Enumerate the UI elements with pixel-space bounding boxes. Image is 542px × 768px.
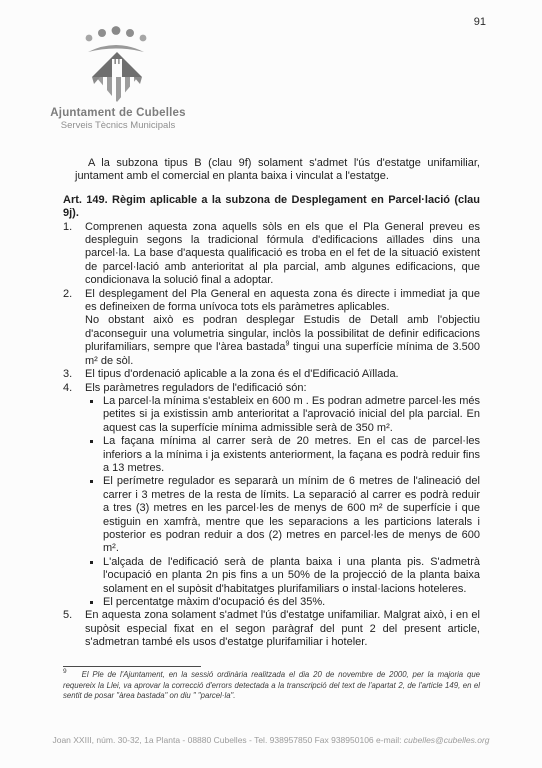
list-item-3: 3. El tipus d'ordenació aplicable a la z…	[63, 368, 480, 381]
bullet-text: El percentatge màxim d'ocupació és del 3…	[103, 596, 480, 609]
bullet-list: La parcel·la mínima s'estableix en 600 m…	[90, 395, 480, 610]
item-number: 4.	[63, 382, 85, 610]
item-number: 1.	[63, 221, 85, 288]
intro-paragraph: A la subzona tipus B (clau 9f) solament …	[75, 157, 480, 184]
footnote-divider	[63, 666, 201, 667]
bullet-text: L'alçada de l'edificació serà de planta …	[103, 556, 480, 596]
letterhead: Ajuntament de Cubelles Serveis Tècnics M…	[40, 26, 196, 131]
item-number: 3.	[63, 368, 85, 381]
item-subparagraph: No obstant això es podran desplegar Estu…	[85, 314, 480, 368]
list-item-1: 1. Comprenen aquesta zona aquells sòls e…	[63, 221, 480, 288]
list-item-4: 4. Els paràmetres reguladors de l'edific…	[63, 382, 480, 610]
bullet-item: El perímetre regulador es separarà un mí…	[90, 475, 480, 555]
list-item-2: 2. El desplegament del Pla General en aq…	[63, 288, 480, 368]
org-name: Ajuntament de Cubelles	[40, 107, 196, 119]
square-bullet-icon	[90, 556, 103, 596]
document-page: 91	[0, 0, 542, 768]
footnote-block: 9El Ple de l'Ajuntament, en la sessió or…	[63, 666, 480, 702]
item-text: El desplegament del Pla General en aques…	[85, 288, 480, 315]
item-number: 2.	[63, 288, 85, 368]
dept-name: Serveis Tècnics Municipals	[40, 120, 196, 131]
item-text: El tipus d'ordenació aplicable a la zona…	[85, 368, 480, 381]
bullet-text: El perímetre regulador es separarà un mí…	[103, 475, 480, 555]
bullet-item: L'alçada de l'edificació serà de planta …	[90, 556, 480, 596]
item-text: Comprenen aquesta zona aquells sòls en e…	[85, 221, 480, 288]
bullet-text: La parcel·la mínima s'estableix en 600 m…	[103, 395, 480, 435]
item-number: 5.	[63, 609, 85, 649]
footer-address: Joan XXIII, núm. 30-32, 1a Planta - 0888…	[52, 735, 403, 745]
square-bullet-icon	[90, 475, 103, 555]
item-text: Els paràmetres reguladors de l'edificaci…	[85, 382, 480, 395]
bullet-item: La parcel·la mínima s'estableix en 600 m…	[90, 395, 480, 435]
document-body: A la subzona tipus B (clau 9f) solament …	[63, 157, 480, 650]
item-text: En aquesta zona solament s'admet l'ús d'…	[85, 609, 480, 649]
bullet-text: La façana mínima al carrer serà de 20 me…	[103, 435, 480, 475]
cubelles-coat-of-arms-icon	[40, 26, 196, 104]
square-bullet-icon	[90, 596, 103, 609]
footnote: 9El Ple de l'Ajuntament, en la sessió or…	[63, 670, 480, 702]
list-item-5: 5. En aquesta zona solament s'admet l'ús…	[63, 609, 480, 649]
square-bullet-icon	[90, 435, 103, 475]
footnote-text: El Ple de l'Ajuntament, en la sessió ord…	[63, 670, 480, 700]
article-heading: Art. 149. Règim aplicable a la subzona d…	[63, 194, 480, 221]
footer-email: cubelles@cubelles.org	[404, 735, 490, 745]
bullet-item: La façana mínima al carrer serà de 20 me…	[90, 435, 480, 475]
square-bullet-icon	[90, 395, 103, 435]
page-footer: Joan XXIII, núm. 30-32, 1a Planta - 0888…	[0, 735, 542, 745]
page-number: 91	[474, 16, 486, 28]
footnote-marker: 9	[63, 668, 67, 675]
bullet-item: El percentatge màxim d'ocupació és del 3…	[90, 596, 480, 609]
